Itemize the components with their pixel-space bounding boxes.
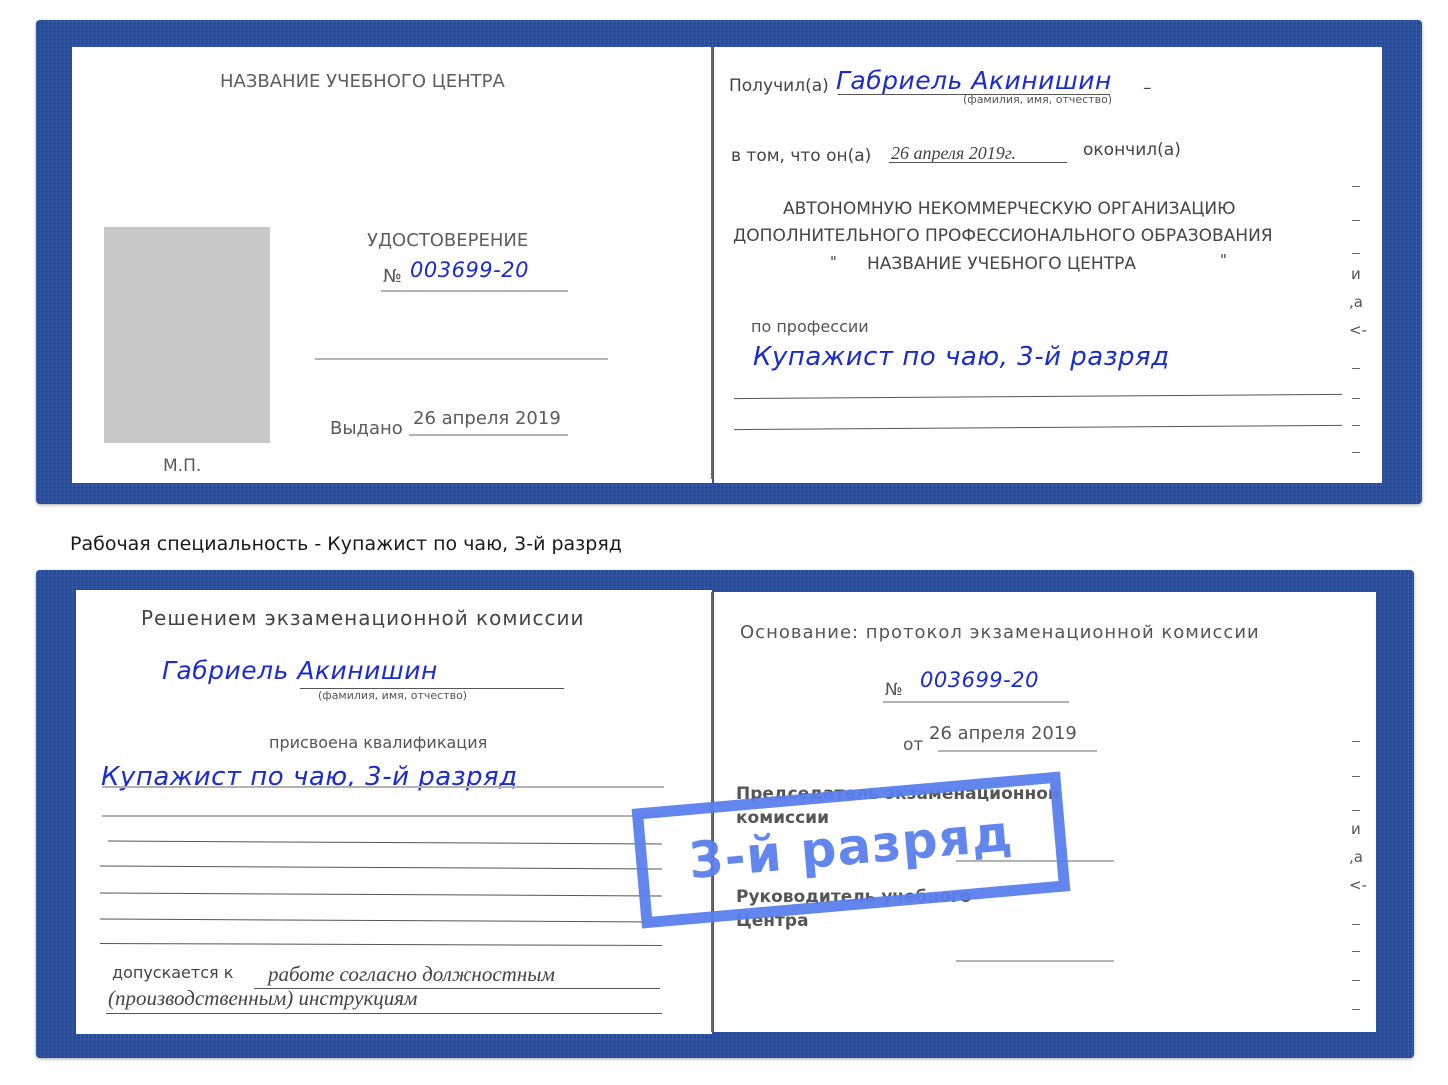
issued-date: 26 апреля 2019 (413, 408, 561, 429)
edge-char: и (1351, 820, 1361, 838)
edge-dash (1352, 398, 1360, 399)
edge-dash (1352, 253, 1360, 254)
number-prefix: № (383, 266, 402, 287)
number-underline (381, 290, 568, 292)
org-header: НАЗВАНИЕ УЧЕБНОГО ЦЕНТРА (220, 71, 505, 92)
edge-char: <- (1349, 321, 1367, 339)
qualification-line-2 (102, 815, 664, 817)
protocol-date: 26 апреля 2019 (929, 723, 1077, 744)
blank-line (315, 358, 608, 360)
edge-dash (1352, 924, 1360, 925)
org-line-2: ДОПОЛНИТЕЛЬНОГО ПРОФЕССИОНАЛЬНОГО ОБРАЗО… (733, 226, 1273, 246)
org-line-1: АВТОНОМНУЮ НЕКОММЕРЧЕСКУЮ ОРГАНИЗАЦИЮ (783, 199, 1235, 219)
head-signature-line (956, 960, 1114, 962)
decision-title: Решением экзаменационной комиссии (141, 606, 584, 630)
org-line-3: НАЗВАНИЕ УЧЕБНОГО ЦЕНТРА (867, 254, 1136, 274)
doc-title: УДОСТОВЕРЕНИЕ (367, 230, 528, 251)
seal-label: М.П. (163, 456, 201, 476)
edge-char: ,а (1349, 293, 1363, 311)
protocol-date-prefix: от (903, 735, 923, 755)
name-hint: (фамилия, имя, отчество) (963, 93, 1112, 106)
edge-dash (1352, 186, 1360, 187)
person-name-hint: (фамилия, имя, отчество) (318, 689, 467, 702)
qualification-label: присвоена квалификация (269, 733, 487, 752)
profession-label: по профессии (751, 317, 869, 336)
qualification-line-1 (102, 786, 664, 788)
admitted-underline-2 (106, 1013, 662, 1014)
edge-char: <- (1349, 876, 1367, 894)
completion-date: 26 апреля 2019г. (891, 143, 1016, 164)
edge-dash (1352, 368, 1360, 369)
profession-value: Купажист по чаю, 3-й разряд (753, 342, 1170, 372)
top-spine (711, 47, 713, 479)
grade-stamp-text: 3-й разряд (686, 804, 1015, 890)
photo-placeholder (104, 227, 270, 443)
issued-label: Выдано (330, 418, 403, 439)
admitted-line-2: (производственным) инструкциям (108, 986, 417, 1011)
edge-dash (1352, 810, 1360, 811)
edge-char: ,а (1349, 848, 1363, 866)
org-line-3-close-quote: " (1220, 251, 1227, 269)
protocol-number-prefix: № (885, 680, 903, 700)
completion-underline (889, 162, 1067, 163)
edge-dash (1352, 425, 1360, 426)
edge-dash (1352, 951, 1360, 952)
edge-dash (1352, 776, 1360, 777)
edge-dash (1352, 1009, 1360, 1010)
edge-dash (1352, 452, 1360, 453)
edge-char: и (1351, 265, 1361, 283)
trailing-dash: – (1143, 78, 1152, 98)
specialty-caption: Рабочая специальность - Купажист по чаю,… (70, 533, 622, 555)
certificate-number: 003699-20 (410, 258, 529, 282)
protocol-number: 003699-20 (920, 668, 1039, 692)
org-line-3-open-quote: " (830, 253, 837, 271)
edge-dash (1352, 220, 1360, 221)
recipient-name: Габриель Акинишин (836, 66, 1112, 95)
that-label: в том, что он(а) (731, 146, 871, 166)
admitted-label: допускается к (112, 963, 233, 982)
admitted-line-1: работе согласно должностным (268, 962, 555, 987)
issued-underline (409, 434, 568, 436)
completed-label: окончил(а) (1083, 140, 1181, 160)
edge-dash (1352, 741, 1360, 742)
protocol-number-underline (883, 701, 1069, 703)
person-name: Габриель Акинишин (162, 656, 438, 685)
received-label: Получил(а) (729, 76, 829, 96)
protocol-date-underline (938, 750, 1097, 752)
edge-dash (1352, 980, 1360, 981)
basis-title: Основание: протокол экзаменационной коми… (740, 622, 1260, 643)
